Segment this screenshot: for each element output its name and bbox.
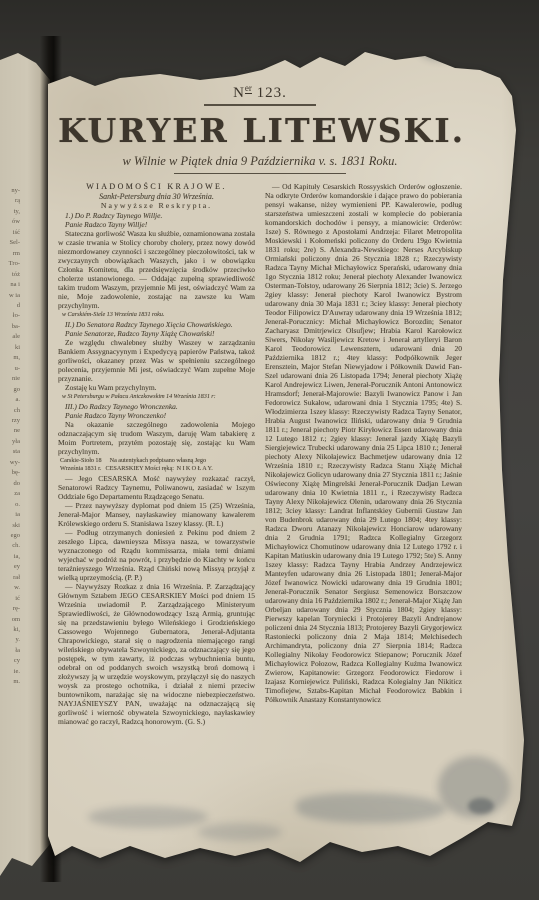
issue-number: Ner 123. — [58, 83, 462, 102]
ink-smudge — [88, 806, 208, 828]
paragraph: III.) Do Radzcy Taynego Wronczenka. — [58, 402, 255, 411]
ink-smudge — [468, 798, 494, 814]
masthead-rule — [204, 104, 316, 106]
paragraph: 1.) Do P. Radzcy Taynego Willje. — [58, 211, 255, 220]
newspaper-title: KURYER LITEWSKI. — [58, 113, 462, 149]
right-column: — Od Kapituły Cesarskich Rossyyskich Ord… — [265, 182, 462, 804]
paragraph: Sankt-Petersburg dnia 30 Września. — [58, 192, 255, 201]
paragraph: w St Petersburgu w Pałacu Aniczkowskim 1… — [62, 393, 255, 400]
paragraph: — Jego CESARSKA Mość naywyżey rozkazać r… — [58, 474, 255, 501]
issue-number-superscript: er — [245, 83, 252, 94]
newspaper-page: Ner 123. KURYER LITEWSKI. w Wilnie w Pią… — [0, 0, 539, 900]
paragraph: Carskie-Sioło 18 Na autentykach podpisan… — [60, 457, 255, 472]
paragraph: II.) Do Senatora Radzcy Taynego Xięcia C… — [58, 320, 255, 329]
paragraph: w Carskiém-Siele 13 Września 1831 roku. — [62, 311, 255, 318]
paragraph: Zostaję ku Wam przychylnym. — [58, 383, 255, 392]
paragraph: Panie Radzco Tayny Wronczenko! — [58, 411, 255, 420]
paragraph: Stateczna gorliwość Wasza ku służbie, oz… — [58, 229, 255, 310]
issue-number-value: 123. — [257, 85, 287, 101]
paper-sheet: Ner 123. KURYER LITEWSKI. w Wilnie w Pią… — [0, 0, 539, 900]
paragraph: Na okazanie szczególnego zadowolenia Moj… — [58, 420, 255, 456]
dateline-rule — [174, 173, 346, 175]
masthead-dateline: w Wilnie w Piątek dnia 9 Października v.… — [58, 154, 462, 169]
paragraph: WIADOMOŚCI KRAJOWE. — [58, 182, 255, 191]
ink-smudge — [198, 823, 282, 841]
left-column: WIADOMOŚCI KRAJOWE.Sankt-Petersburg dnia… — [58, 182, 255, 804]
paragraph: — Od Kapituły Cesarskich Rossyyskich Ord… — [265, 182, 462, 704]
paragraph: Naywyższe Reskrypta. — [58, 201, 255, 210]
paragraph: Panie Senatorze, Radzco Tayny Xiążę Chow… — [58, 329, 255, 338]
paragraph: Ze względu chwalebney służby Waszey w za… — [58, 338, 255, 383]
paragraph: — Przez naywyższy dyplomat pod dniem 15 … — [58, 501, 255, 528]
paragraph: — Naywyższy Rozkaz z dnia 16 Września. P… — [58, 582, 255, 726]
paragraph: Panie Radzco Tayny Willje! — [58, 220, 255, 229]
masthead: Ner 123. KURYER LITEWSKI. w Wilnie w Pią… — [58, 0, 462, 174]
paragraph: — Podług otrzymanych doniesień z Pekinu … — [58, 528, 255, 582]
scanned-newspaper-spread: ny-rąty,ówiśćSel-rmTro-tóżna iw iadło-ba… — [0, 0, 539, 900]
text-columns: WIADOMOŚCI KRAJOWE.Sankt-Petersburg dnia… — [58, 182, 462, 804]
